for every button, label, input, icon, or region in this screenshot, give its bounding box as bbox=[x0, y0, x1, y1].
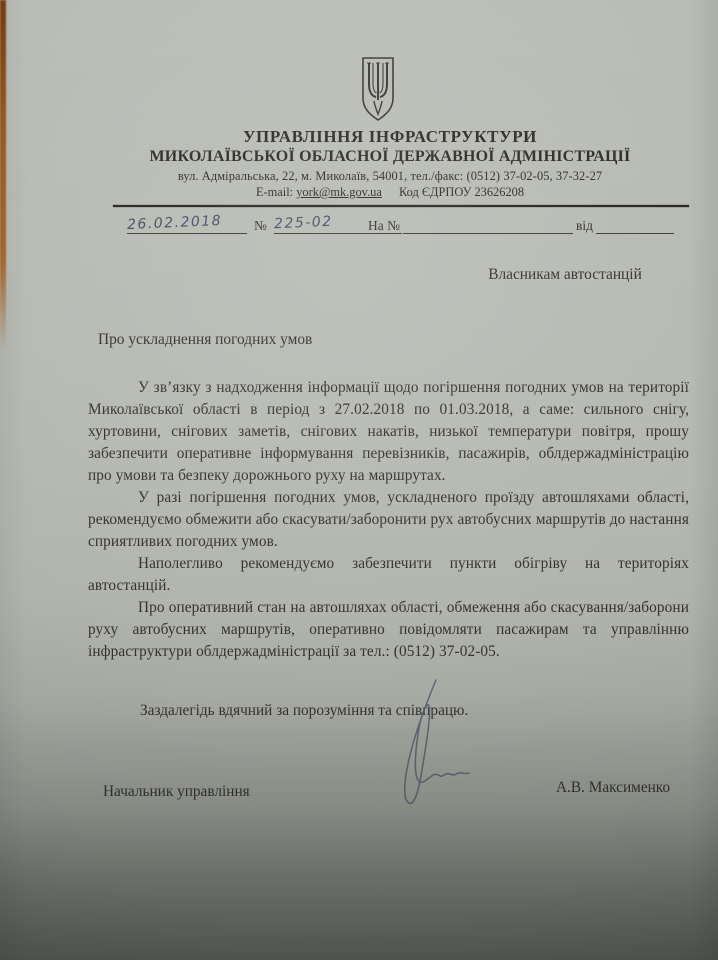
reply-number-blank bbox=[403, 214, 573, 234]
email-label: E-mail: bbox=[256, 185, 293, 199]
edrpou-code: Код ЄДРПОУ 23626208 bbox=[399, 185, 524, 199]
incoming-reference: На № від bbox=[368, 214, 674, 234]
email-address: york@mk.gov.ua bbox=[296, 185, 382, 199]
subject-line: Про ускладнення погодних умов bbox=[98, 331, 312, 349]
org-name-line2: МИКОЛАЇВСЬКОЇ ОБЛАСНОЇ ДЕРЖАВНОЇ АДМІНІС… bbox=[60, 148, 718, 166]
number-sign: № bbox=[254, 218, 267, 234]
body-paragraph: Наполегливо рекомендуємо забезпечити пун… bbox=[88, 553, 689, 597]
letter-photo: УПРАВЛІННЯ ІНФРАСТРУКТУРИ МИКОЛАЇВСЬКОЇ … bbox=[0, 0, 718, 960]
signer-position-title: Начальник управління bbox=[103, 783, 250, 801]
letterhead-divider bbox=[113, 205, 689, 207]
reply-date-blank bbox=[596, 214, 674, 234]
handwritten-date: 26.02.2018 bbox=[127, 213, 223, 233]
outgoing-reference: 26.02.2018 № 225-02 bbox=[127, 214, 402, 234]
body-paragraph: Про оперативний стан на автошляхах облас… bbox=[88, 597, 689, 663]
letter-page: УПРАВЛІННЯ ІНФРАСТРУКТУРИ МИКОЛАЇВСЬКОЇ … bbox=[0, 0, 718, 960]
org-name-line1: УПРАВЛІННЯ ІНФРАСТРУКТУРИ bbox=[60, 127, 718, 147]
letterhead: УПРАВЛІННЯ ІНФРАСТРУКТУРИ МИКОЛАЇВСЬКОЇ … bbox=[60, 127, 718, 200]
body-paragraph: У разі погіршення погодних умов, ускладн… bbox=[88, 487, 689, 553]
body-paragraph: У зв’язку з надходження інформації щодо … bbox=[88, 377, 689, 487]
email-row: E-mail: york@mk.gov.ua Код ЄДРПОУ 236262… bbox=[60, 185, 718, 200]
address-line: вул. Адміральська, 22, м. Миколаїв, 5400… bbox=[60, 169, 718, 184]
reply-number-label: На № bbox=[368, 218, 400, 234]
signer-name: А.В. Максименко bbox=[556, 779, 670, 797]
date-blank: 26.02.2018 bbox=[127, 214, 247, 234]
letter-body: У зв’язку з надходження інформації щодо … bbox=[88, 377, 689, 663]
handwritten-number: 225-02 bbox=[274, 214, 333, 233]
table-edge bbox=[0, 0, 6, 350]
addressee-line: Власникам автостанцій bbox=[440, 266, 690, 284]
coat-of-arms-trident-icon bbox=[354, 56, 402, 130]
reply-date-label: від bbox=[576, 218, 593, 234]
handwritten-signature-icon bbox=[372, 676, 472, 816]
